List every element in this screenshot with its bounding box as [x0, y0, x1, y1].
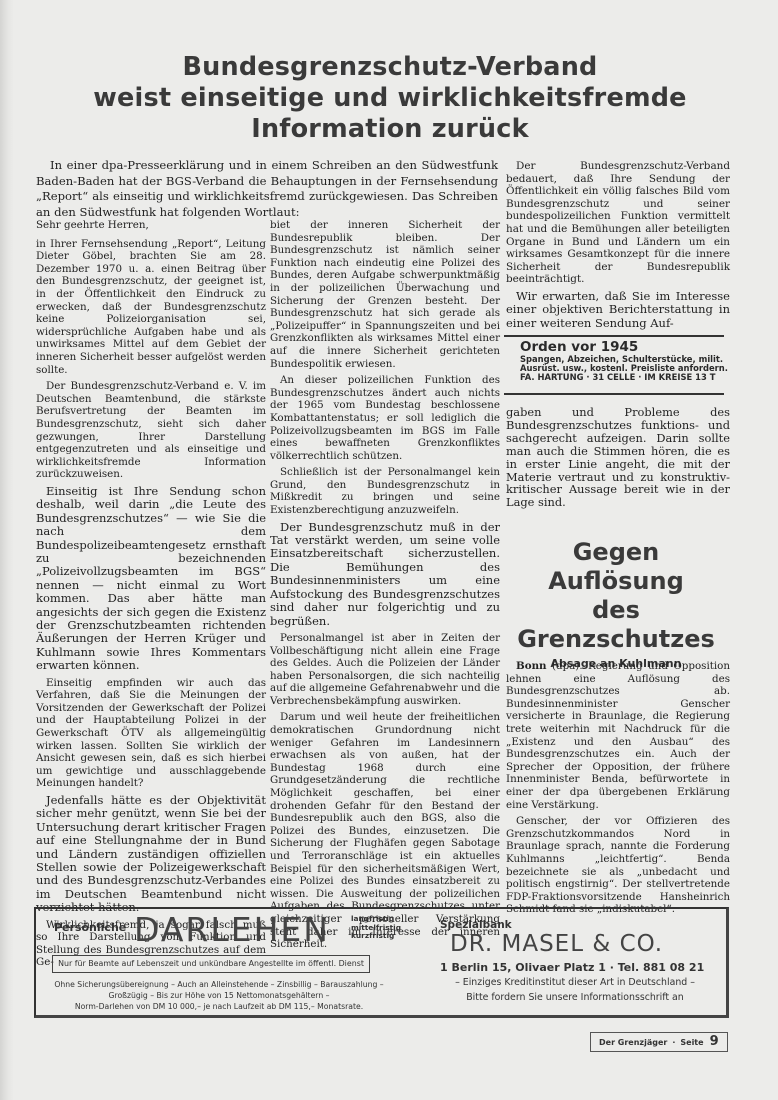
letter-column-3-top: Der Bundesgrenzschutz-Verband bedauert, … [506, 160, 730, 334]
dateline: Bonn [516, 660, 547, 672]
paragraph: Genscher, der vor Offizieren des Grenzsc… [506, 815, 730, 916]
letter-column-2: biet der inneren Sicherheit der Bundesre… [270, 219, 500, 955]
paragraph: biet der inneren Sicherheit der Bundesre… [270, 219, 500, 370]
paragraph: Jedenfalls hätte es der Objektivität sic… [36, 794, 266, 915]
headline-line-2: weist einseitige und wirklichkeitsfremde [20, 83, 760, 114]
article2-headline: Gegen Auflösung des Grenzschutzes Absage… [502, 538, 730, 671]
term: kurzfristig [351, 932, 401, 941]
ad-darlehen-terms: langfristig mittelfristig kurzfristig [351, 915, 401, 941]
ad-bank-label: Spezialbank [440, 919, 512, 931]
paragraph: Wir erwarten, daß Sie im Interesse einer… [506, 290, 730, 330]
salutation: Sehr geehrte Herren, [36, 219, 266, 232]
paragraph: Der Bundesgrenzschutz-Verband bedauert, … [506, 160, 730, 286]
paragraph: Schließlich ist der Personalmangel kein … [270, 466, 500, 516]
ad-bank-cta: Bitte fordern Sie unsere Informationssch… [440, 992, 710, 1003]
main-headline: Bundesgrenzschutz-Verband weist einseiti… [20, 52, 760, 145]
divider [504, 393, 724, 395]
letter-column-1: Sehr geehrte Herren, in Ihrer Fernsehsen… [36, 219, 266, 973]
page-binding-edge [0, 0, 14, 1100]
article2-headline-line: des [502, 596, 730, 625]
headline-line-3: Information zurück [20, 114, 760, 145]
ad-orden-title: Orden vor 1945 [520, 340, 730, 355]
publication-name: Der Grenzjäger [599, 1038, 667, 1047]
ad-darlehen-title: DARLEHEN [134, 910, 330, 949]
headline-line-1: Bundesgrenzschutz-Verband [20, 52, 760, 83]
article2-headline-line: Grenzschutzes [502, 625, 730, 654]
fineprint-line: Ohne Sicherungsübereignung – Auch an All… [44, 979, 394, 1001]
paragraph: Einseitig empfinden wir auch das Verfahr… [36, 677, 266, 790]
article2-headline-line: Gegen Auflösung [502, 538, 730, 596]
paragraph: Einseitig ist Ihre Sendung schon deshalb… [36, 485, 266, 673]
paragraph: Der Bundesgrenzschutz-Verband e. V. im D… [36, 380, 266, 481]
article2-body: Bonn (dpa). Regierung und Opposition leh… [506, 660, 730, 920]
advertisement-box: Persönliche DARLEHEN langfristig mittelf… [34, 907, 729, 1018]
ad-orden-line: FA. HARTUNG · 31 CELLE · IM KREISE 13 T [520, 373, 730, 382]
page-number: 9 [710, 1034, 719, 1049]
divider [504, 335, 724, 337]
paragraph: An dieser polizeilichen Funktion des Bun… [270, 374, 500, 462]
ad-orden: Orden vor 1945 Spangen, Abzeichen, Schul… [520, 340, 730, 383]
letter-column-3-continued: gaben und Probleme des Bundesgrenzschutz… [506, 406, 730, 513]
paragraph: Personalmangel ist aber in Zeiten der Vo… [270, 632, 500, 708]
ad-darlehen-prefix: Persönliche [54, 921, 126, 934]
intro-paragraph: In einer dpa-Presseerklärung und in eine… [36, 158, 498, 220]
paragraph: Bonn (dpa). Regierung und Opposition leh… [506, 660, 730, 811]
fineprint-line: Norm-Darlehen von DM 10 000,– je nach La… [44, 1001, 394, 1012]
ad-bank-address: 1 Berlin 15, Olivaer Platz 1 · Tel. 881 … [440, 961, 704, 974]
ad-bank-tagline: – Einziges Kreditinstitut dieser Art in … [440, 977, 710, 988]
page-label: Seite [680, 1038, 703, 1047]
ad-darlehen-eligibility: Nur für Beamte auf Lebenszeit und unkünd… [52, 955, 370, 973]
ad-darlehen-fineprint: Ohne Sicherungsübereignung – Auch an All… [44, 979, 394, 1012]
paragraph: in Ihrer Fernsehsendung „Report“, Leitun… [36, 238, 266, 377]
ad-bank: Spezialbank DR. MASEL & CO. 1 Berlin 15,… [436, 909, 726, 1015]
paragraph-text: (dpa). Regierung und Opposition lehnen e… [506, 660, 730, 811]
ad-bank-name: DR. MASEL & CO. [450, 931, 663, 957]
page-footer: Der Grenzjäger·Seite9 [590, 1032, 728, 1052]
ad-darlehen: Persönliche DARLEHEN langfristig mittelf… [36, 909, 416, 1015]
paragraph: gaben und Probleme des Bundesgrenzschutz… [506, 406, 730, 509]
intro-text: In einer dpa-Presseerklärung und in eine… [36, 158, 498, 220]
paragraph: Der Bundesgrenzschutz muß in der Tat ver… [270, 521, 500, 628]
